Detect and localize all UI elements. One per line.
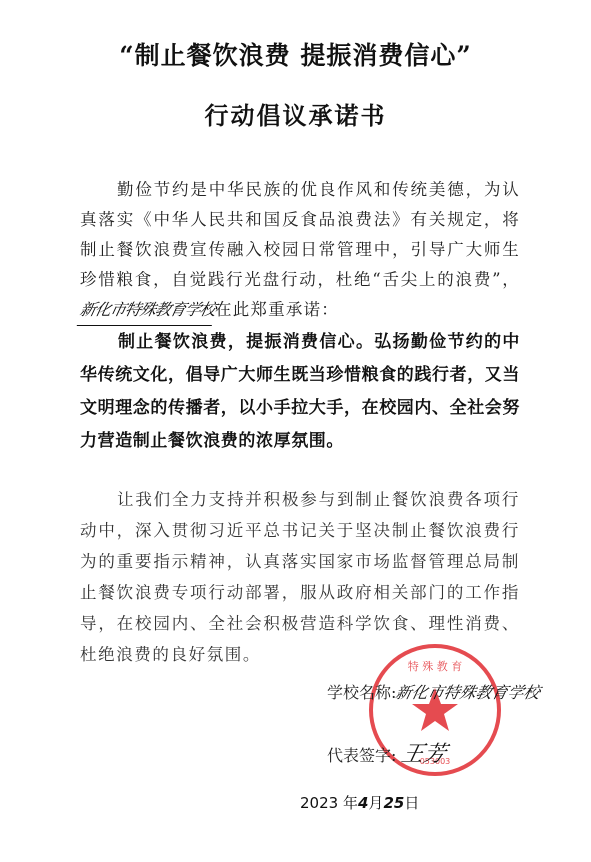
date-day-suffix: 日	[404, 794, 419, 812]
school-name-signature: 新化市特殊教育学校	[394, 680, 543, 703]
school-name-row: 学校名称:新化市特殊教育学校	[327, 680, 540, 703]
date-month-suffix: 月	[368, 794, 383, 812]
paragraph-action: 让我们全力支持并积极参与到制止餐饮浪费各项行动中，深入贯彻习近平总书记关于坚决制…	[80, 484, 520, 670]
date-year: 2023	[300, 794, 338, 812]
paragraph-intro: 勤俭节约是中华民族的优良作风和传统美德，为认真落实《中华人民共和国反食品浪费法》…	[80, 175, 520, 326]
school-name-label: 学校名称:	[327, 683, 396, 702]
representative-label: 代表签字:	[327, 746, 396, 765]
document-date: 2023 年4月25日	[300, 792, 419, 813]
document-subtitle: 行动倡议承诺书	[0, 96, 591, 131]
date-year-suffix: 年	[343, 794, 358, 812]
date-day: 25	[383, 794, 404, 812]
document-title: “制止餐饮浪费 提振消费信心”	[0, 36, 591, 72]
intro-text-end: 在此郑重承诺：	[215, 300, 339, 319]
handwritten-school-name: 新化市特殊教育学校	[77, 295, 219, 326]
date-month: 4	[358, 794, 368, 812]
paragraph-commitment: 制止餐饮浪费，提振消费信心。弘扬勤俭节约的中华传统文化，倡导广大师生既当珍惜粮食…	[80, 326, 520, 458]
intro-text: 勤俭节约是中华民族的优良作风和传统美德，为认真落实《中华人民共和国反食品浪费法》…	[80, 180, 520, 289]
representative-row: 代表签字:王芳	[327, 737, 446, 768]
representative-signature: 王芳	[399, 737, 450, 768]
